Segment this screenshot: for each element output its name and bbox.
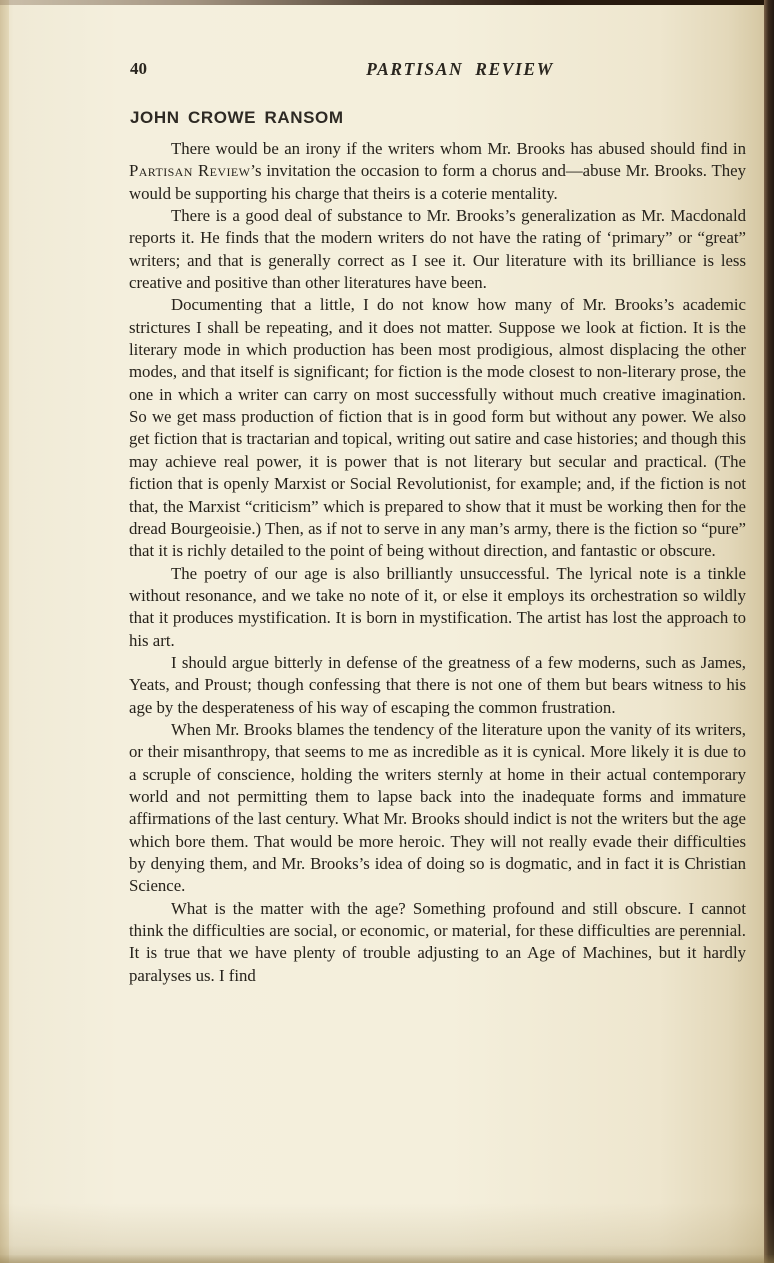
paragraph-text: I should argue bitterly in defense of th… (129, 653, 746, 717)
page-number: 40 (130, 59, 147, 79)
paragraph: The poetry of our age is also brilliantl… (129, 563, 746, 652)
paragraph-text: There would be an irony if the writers w… (171, 139, 746, 158)
paragraph-text: When Mr. Brooks blames the tendency of t… (129, 720, 746, 895)
page-right-binding-edge (764, 0, 774, 1263)
paragraph: There would be an irony if the writers w… (129, 138, 746, 205)
paragraph: When Mr. Brooks blames the tendency of t… (129, 719, 746, 898)
paragraph: Documenting that a little, I do not know… (129, 294, 746, 562)
page-left-edge (0, 0, 9, 1263)
page-bottom-edge (0, 1255, 774, 1263)
paragraph-text: There is a good deal of substance to Mr.… (129, 206, 746, 292)
journal-name-smallcaps: Partisan Review (129, 161, 250, 180)
author-heading: JOHN CROWE RANSOM (130, 108, 344, 128)
paragraph: What is the matter with the age? Somethi… (129, 898, 746, 987)
scanned-page: 40 PARTISAN REVIEW JOHN CROWE RANSOM The… (0, 0, 774, 1263)
paragraph-text: Documenting that a little, I do not know… (129, 295, 746, 560)
paragraph-text: What is the matter with the age? Somethi… (129, 899, 746, 985)
journal-title: PARTISAN REVIEW (146, 59, 774, 80)
article-body: There would be an irony if the writers w… (129, 138, 746, 987)
paragraph-text: The poetry of our age is also brilliantl… (129, 564, 746, 650)
running-head: 40 PARTISAN REVIEW (0, 59, 774, 83)
page-top-binding-edge (0, 0, 774, 5)
paragraph: I should argue bitterly in defense of th… (129, 652, 746, 719)
paragraph: There is a good deal of substance to Mr.… (129, 205, 746, 294)
